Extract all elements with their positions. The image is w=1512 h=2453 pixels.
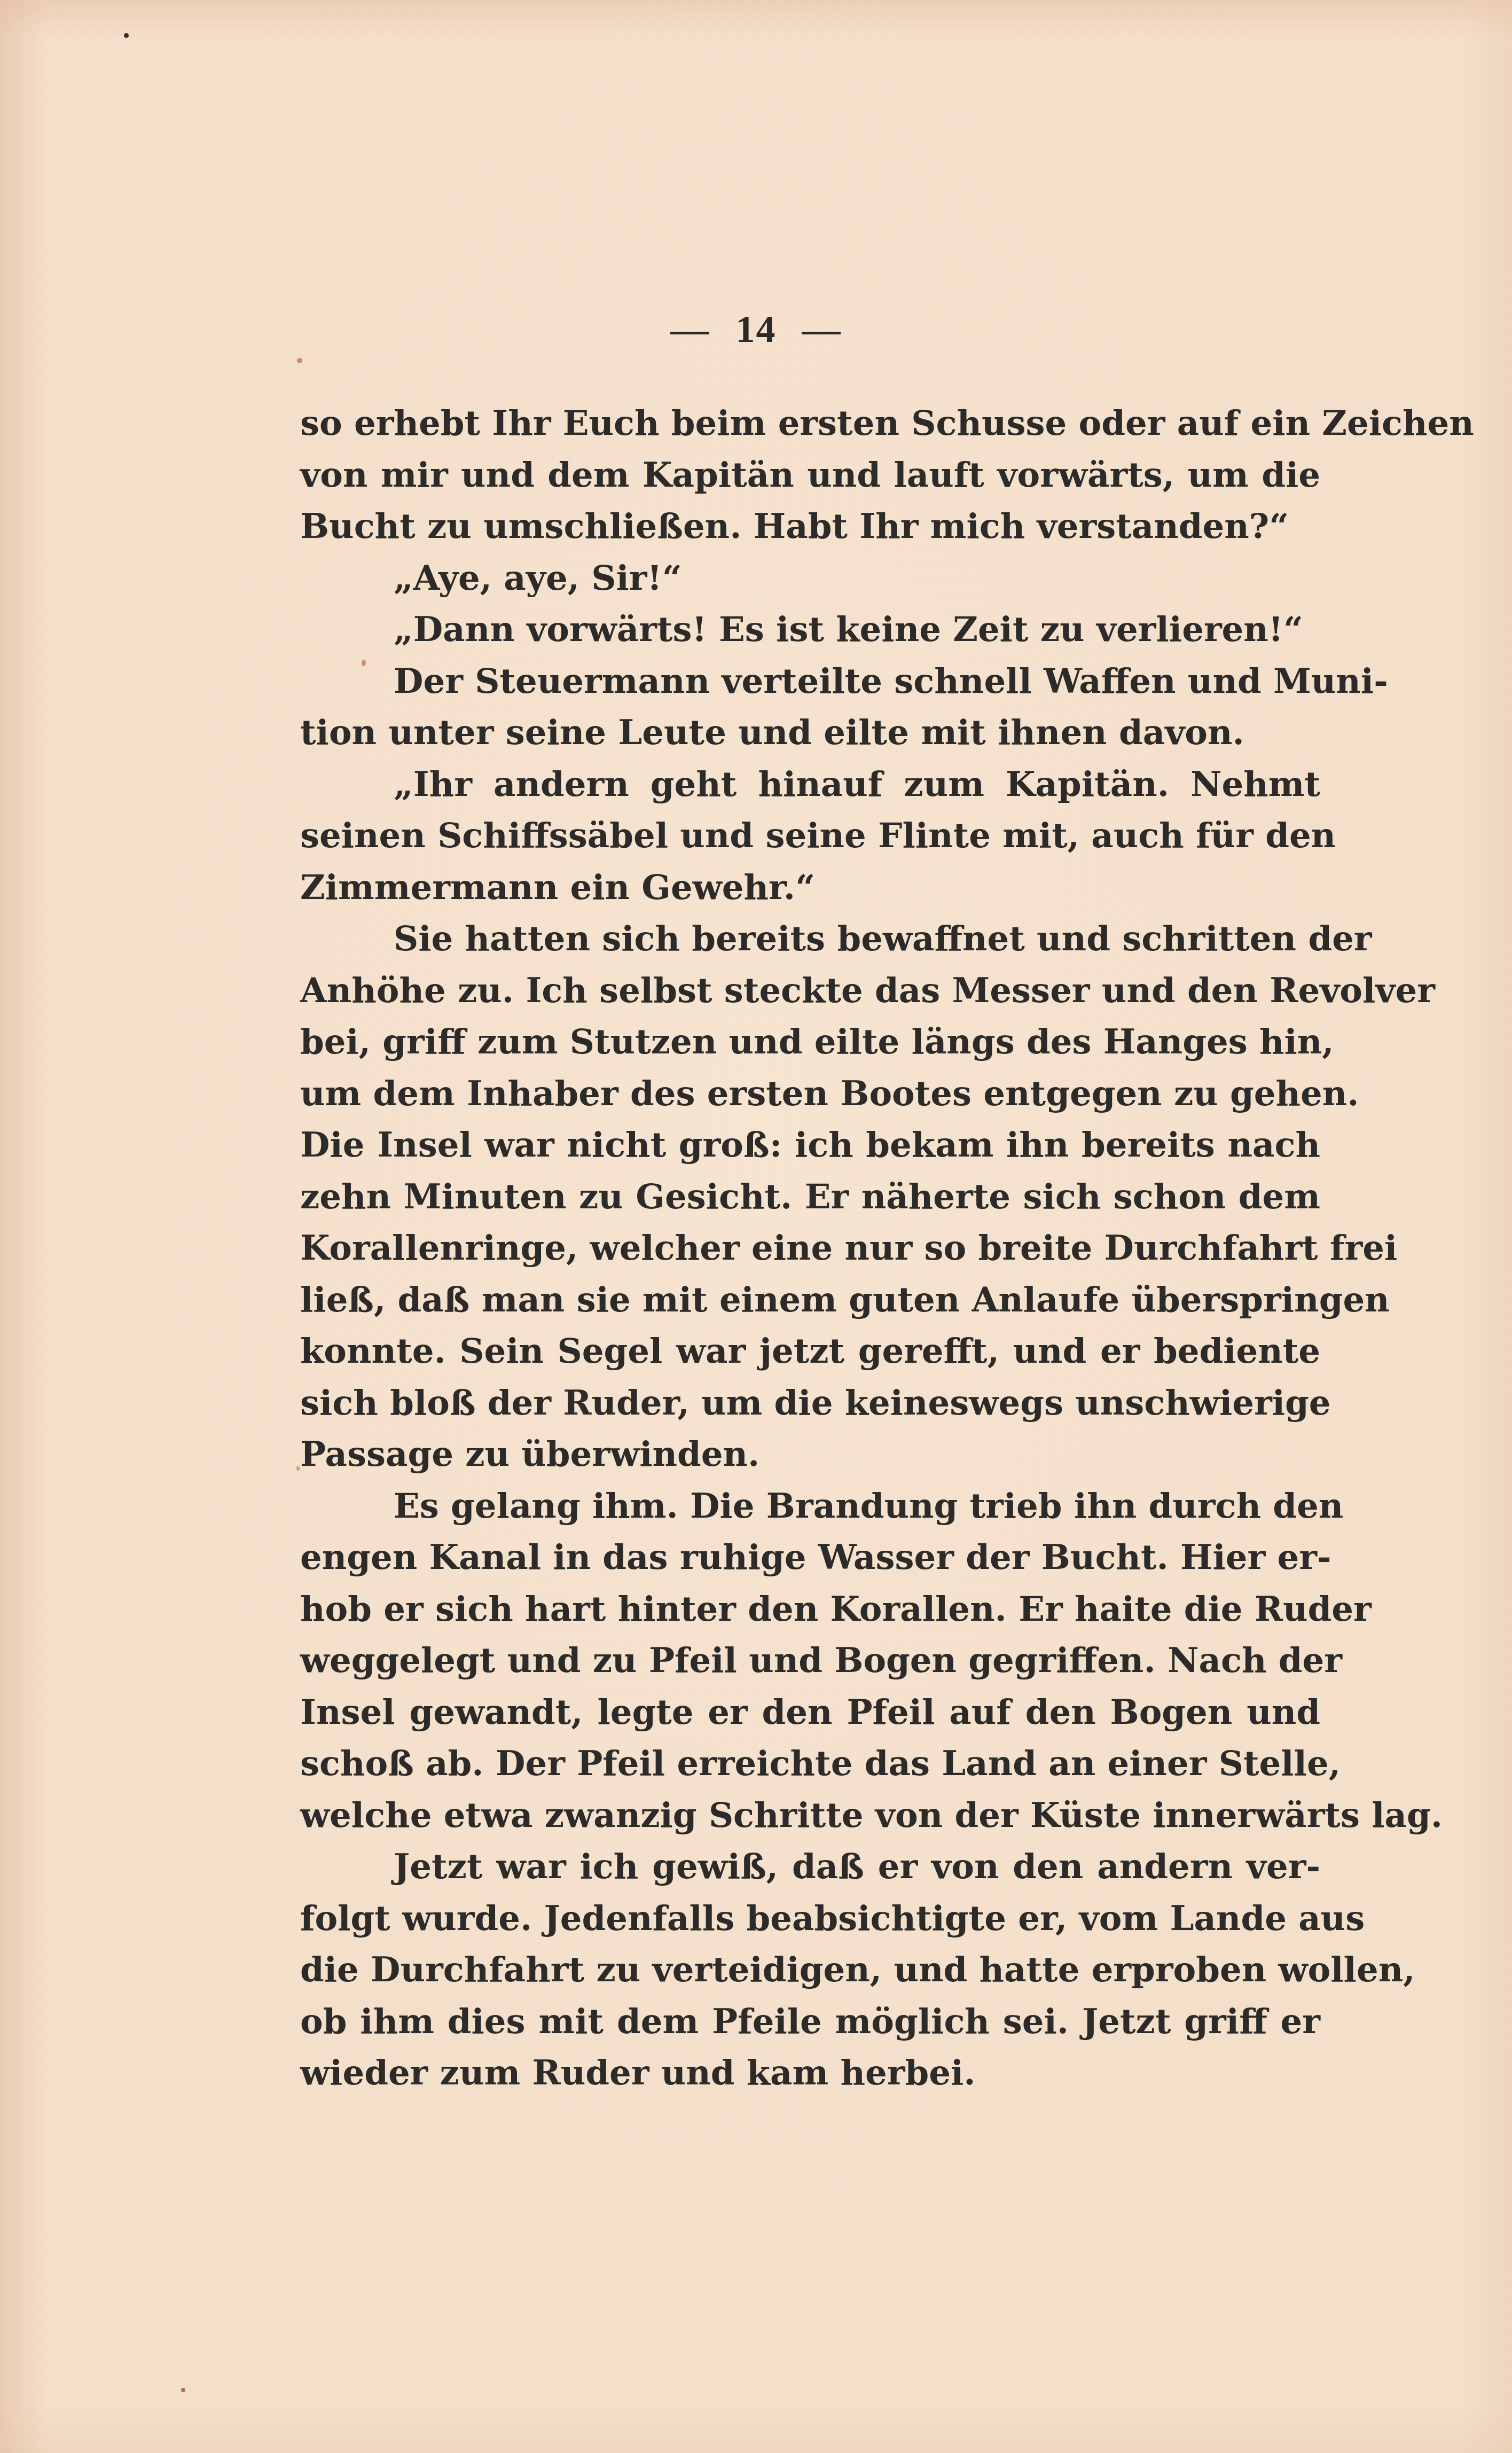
text-line: bei, griff zum Stutzen und eilte längs d… [300,1017,1320,1068]
text-line: Passage zu überwinden. [300,1429,1320,1481]
text-line: weggelegt und zu Pfeil und Bogen gegriff… [300,1635,1320,1687]
page-number-suffix: — [802,307,842,351]
text-line: ob ihm dies mit dem Pfeile möglich sei. … [300,1996,1320,2048]
paper-speck [297,358,302,363]
text-line: Korallenringe, welcher eine nur so breit… [300,1223,1320,1275]
paper-speck [296,1466,300,1471]
text-line: Es gelang ihm. Die Brandung trieb ihn du… [300,1481,1320,1533]
text-line: Zimmermann ein Gewehr.“ [300,862,1320,914]
text-line: „Ihr andern geht hinauf zum Kapitän. Neh… [300,759,1320,811]
text-line: Sie hatten sich bereits bewaffnet und sc… [300,913,1320,965]
text-line: zehn Minuten zu Gesicht. Er näherte sich… [300,1171,1320,1223]
paper-speck [124,33,129,38]
text-line: wieder zum Ruder und kam herbei. [300,2048,1320,2099]
text-line: Jetzt war ich gewiß, daß er von den ande… [300,1841,1320,1893]
text-line: Anhöhe zu. Ich selbst steckte das Messer… [300,965,1320,1017]
text-line: Insel gewandt, legte er den Pfeil auf de… [300,1687,1320,1739]
text-line: ließ, daß man sie mit einem guten Anlauf… [300,1275,1320,1326]
body-text: so erhebt Ihr Euch beim ersten Schusse o… [300,398,1320,2099]
text-line: Der Steuermann verteilte schnell Waffen … [300,656,1320,708]
text-line: um dem Inhaber des ersten Bootes entgege… [300,1068,1320,1120]
text-line: sich bloß der Ruder, um die keineswegs u… [300,1378,1320,1429]
text-line: welche etwa zwanzig Schritte von der Küs… [300,1790,1320,1842]
text-line: Bucht zu umschließen. Habt Ihr mich vers… [300,501,1320,553]
text-line: „Aye, aye, Sir!“ [300,553,1320,605]
text-line: so erhebt Ihr Euch beim ersten Schusse o… [300,398,1320,450]
text-line: seinen Schiffssäbel und seine Flinte mit… [300,810,1320,862]
page-number: —14— [0,307,1512,351]
text-line: hob er sich hart hinter den Korallen. Er… [300,1584,1320,1636]
text-line: „Dann vorwärts! Es ist keine Zeit zu ver… [300,604,1320,656]
page-number-prefix: — [671,307,710,351]
text-line: tion unter seine Leute und eilte mit ihn… [300,707,1320,759]
book-page: —14— so erhebt Ihr Euch beim ersten Schu… [0,0,1512,2453]
text-line: engen Kanal in das ruhige Wasser der Buc… [300,1532,1320,1584]
text-line: konnte. Sein Segel war jetzt gerefft, un… [300,1326,1320,1378]
text-line: folgt wurde. Jedenfalls beabsichtigte er… [300,1893,1320,1945]
page-number-value: 14 [736,308,777,350]
text-line: die Durchfahrt zu verteidigen, und hatte… [300,1944,1320,1996]
text-line: schoß ab. Der Pfeil erreichte das Land a… [300,1738,1320,1790]
text-line: Die Insel war nicht groß: ich bekam ihn … [300,1120,1320,1171]
text-line: von mir und dem Kapitän und lauft vorwär… [300,450,1320,502]
paper-speck [181,2388,185,2392]
